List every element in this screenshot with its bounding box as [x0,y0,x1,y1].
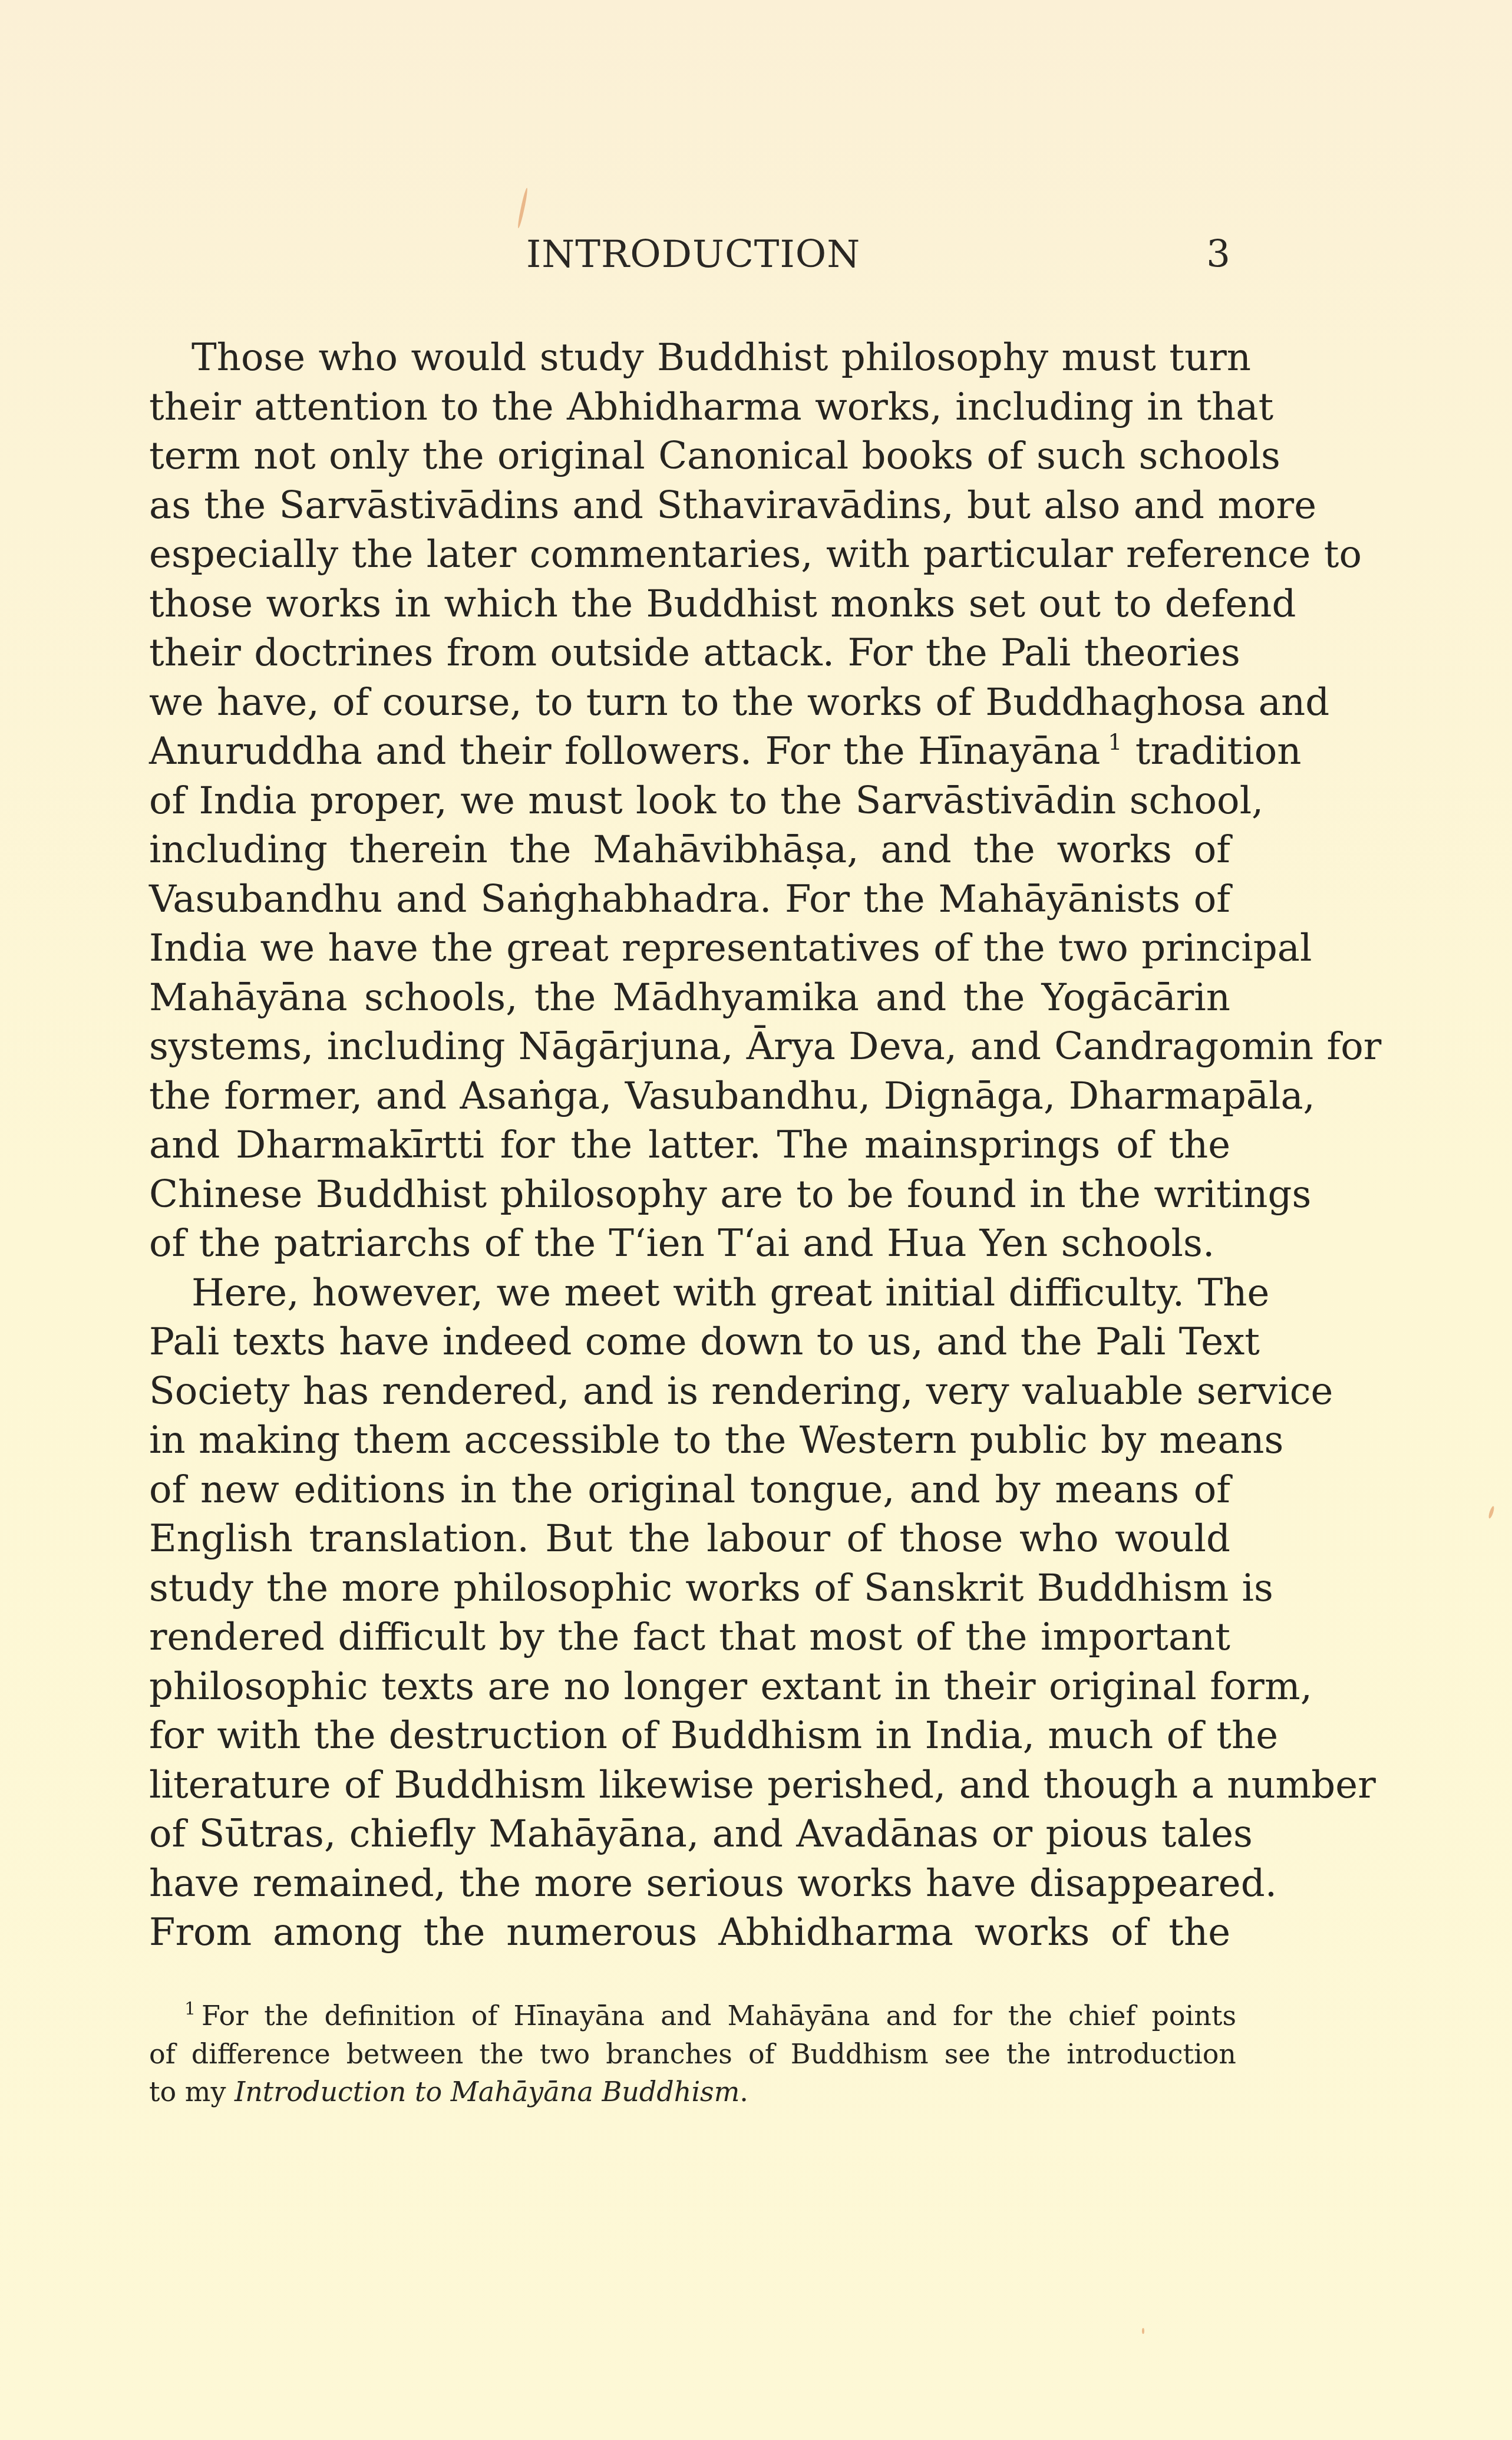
footnote-1: 1For the definition of Hīnayāna and Mahā… [149,1997,1236,2111]
text-line: of the patriarchs of the T‘ien T‘ai and … [149,1219,1230,1269]
text-line: of new editions in the original tongue, … [149,1466,1230,1515]
cited-book-title: Introduction to Mahāyāna Buddhism [235,2076,740,2108]
text-segment: . [740,2076,748,2108]
text-line: Pali texts have indeed come down to us, … [149,1318,1230,1367]
running-head-title: INTRODUCTION [526,231,860,278]
text-line: for with the destruction of Buddhism in … [149,1712,1230,1761]
text-line: literature of Buddhism likewise perished… [149,1761,1230,1811]
text-line-with-footnote-ref: Anuruddha and their followers. For the H… [149,727,1230,777]
footnote-line: of difference between the two branches o… [149,2035,1236,2073]
footnote-line: to my Introduction to Mahāyāna Buddhism. [149,2073,1236,2111]
text-line: of India proper, we must look to the Sar… [149,777,1230,826]
text-line: the former, and Asaṅga, Vasubandhu, Dign… [149,1072,1230,1122]
text-line: we have, of course, to turn to the works… [149,678,1230,728]
text-line: in making them accessible to the Western… [149,1416,1230,1466]
paragraph-1: Those who would study Buddhist philosoph… [149,334,1230,1269]
text-line: their doctrines from outside attack. For… [149,629,1230,678]
text-line: Society has rendered, and is rendering, … [149,1367,1230,1417]
text-line: especially the later commentaries, with … [149,530,1230,580]
text-line: those works in which the Buddhist monks … [149,580,1230,629]
text-segment: For the definition of Hīnayāna and Mahāy… [202,2000,1236,2032]
text-line: study the more philosophic works of Sans… [149,1564,1230,1614]
text-line: Chinese Buddhist philosophy are to be fo… [149,1170,1230,1220]
paragraph-2: Here, however, we meet with great initia… [149,1269,1230,1958]
text-line: India we have the great representatives … [149,924,1230,974]
text-line: and Dharmakīrtti for the latter. The mai… [149,1121,1230,1170]
footnotes: 1For the definition of Hīnayāna and Mahā… [149,1997,1236,2111]
book-page: INTRODUCTION 3 Those who would study Bud… [0,0,1512,2440]
body-text: Those who would study Buddhist philosoph… [149,334,1230,1958]
paper-fiber-mark [517,187,529,229]
text-line: of Sūtras, chiefly Mahāyāna, and Avadāna… [149,1810,1230,1859]
paper-fiber-mark [1142,2328,1144,2334]
text-line: Mahāyāna schools, the Mādhyamika and the… [149,974,1230,1023]
paper-fiber-mark [1488,1506,1496,1519]
text-segment: tradition [1122,730,1301,773]
footnote-number: 1 [184,1999,196,2019]
footnote-reference[interactable]: 1 [1108,729,1122,755]
text-line: systems, including Nāgārjuna, Ārya Deva,… [149,1023,1230,1072]
footnote-line: 1For the definition of Hīnayāna and Mahā… [149,1997,1236,2035]
text-line: rendered difficult by the fact that most… [149,1613,1230,1663]
text-line: Here, however, we meet with great initia… [149,1269,1230,1318]
text-line: Those who would study Buddhist philosoph… [149,334,1230,383]
text-line: as the Sarvāstivādins and Sthaviravādins… [149,482,1230,531]
page-number: 3 [1206,231,1230,278]
text-segment: to my [149,2076,235,2108]
text-line: philosophic texts are no longer extant i… [149,1663,1230,1712]
text-line: From among the numerous Abhidharma works… [149,1908,1230,1958]
running-head: INTRODUCTION 3 [149,231,1230,278]
text-line: their attention to the Abhidharma works,… [149,383,1230,433]
text-line: Vasubandhu and Saṅghabhadra. For the Mah… [149,875,1230,925]
text-segment: Anuruddha and their followers. For the H… [149,730,1100,773]
text-line: English translation. But the labour of t… [149,1515,1230,1564]
text-line: term not only the original Canonical boo… [149,432,1230,482]
text-line: including therein the Mahāvibhāṣa, and t… [149,826,1230,875]
text-line: have remained, the more serious works ha… [149,1859,1230,1909]
